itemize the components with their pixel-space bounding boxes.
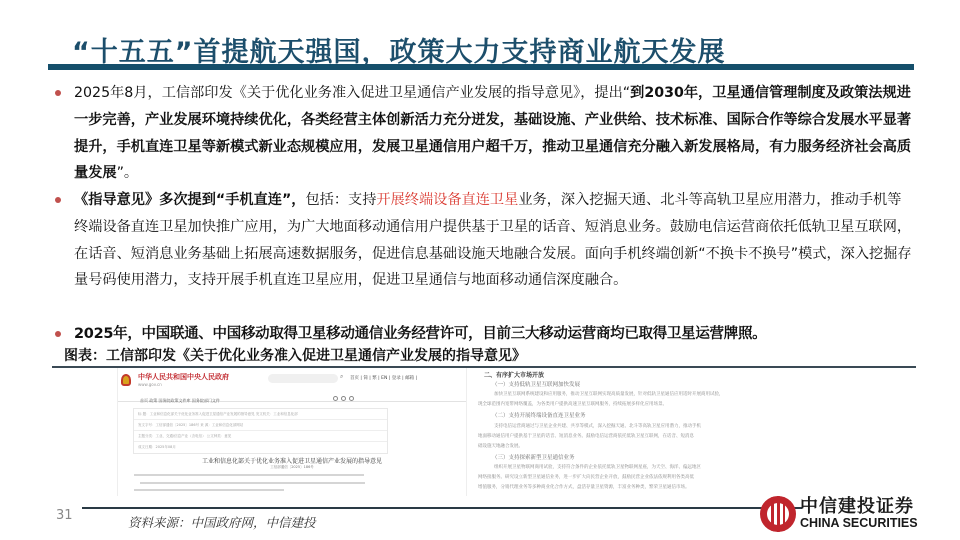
document-number: 工信部通信〔2025〕186号 [118, 465, 466, 470]
share-icon [333, 396, 338, 401]
document-text-line [134, 489, 284, 491]
gov-search-input [268, 374, 338, 383]
bullet-text: 2025年8月，工信部印发《关于优化业务准入促进卫星通信产业发展的指导意见》，提… [74, 85, 630, 101]
share-icon [341, 396, 346, 401]
gov-site-header: 中华人民共和国中央人民政府 www.gov.cn ⌕ 首页 | 简 | 繁 | … [118, 368, 466, 402]
gov-site-name: 中华人民共和国中央人民政府 [138, 372, 229, 382]
gov-website-screenshot: 中华人民共和国中央人民政府 www.gov.cn ⌕ 首页 | 简 | 繁 | … [117, 368, 467, 496]
bullet-bold-text: 2025年，中国联通、中国移动取得卫星移动通信业务经营许可，目前三大移动运营商均… [74, 326, 766, 342]
bullet-item-licenses: 2025年，中国联通、中国移动取得卫星移动通信业务经营许可，目前三大移动运营商均… [52, 321, 912, 348]
document-title: 工业和信息化部关于优化业务准入促进卫星通信产业发展的指导意见 [118, 456, 466, 465]
logo-english-name: CHINA SECURITIES [800, 516, 918, 530]
section-text-line: 网络接服务。研究设立新型卫星通信业务，进一步扩大向民营企业开放，鼓励民营企业依法… [478, 474, 694, 480]
national-emblem-icon [121, 374, 131, 386]
meta-row: 主题分类：工业、交通\信息产业（含电信） 公文种类：意见 [134, 431, 387, 442]
share-icon [349, 396, 354, 401]
bullet-bold-text: 《指导意见》多次提到“手机直连”， [74, 192, 305, 208]
bullet-text: ”。 [117, 165, 139, 181]
meta-row: 成文日期：2025年08月 [134, 442, 387, 453]
gov-menu: 首页 政策 国务院政策文件库 国务院部门文件 [140, 398, 220, 404]
bullet-highlight-text: 开展终端设备直连卫星 [376, 192, 518, 208]
footer-divider [82, 507, 802, 509]
gov-nav-links: 首页 | 简 | 繁 | EN | 登录 | 邮箱 | [350, 375, 417, 381]
figure-caption: 图表：工信部印发《关于优化业务准入促进卫星通信产业发展的指导意见》 [64, 345, 526, 365]
bullet-item-direct-connect: 《指导意见》多次提到“手机直连”，包括：支持开展终端设备直连卫星业务，深入挖掘天… [52, 187, 912, 321]
bullet-dot-icon [55, 90, 61, 96]
bullet-dot-icon [55, 197, 61, 203]
meta-row: 标 题：工业和信息化部关于优化业务准入促进卫星通信产业发展的指导意见 发文机关：… [134, 409, 387, 420]
subsection-heading: （二）支持开展终端设备直连卫星业务 [492, 411, 586, 419]
policy-text-screenshot: 二、有序扩大市场开放 （一）支持低轨卫星互联网加快发展 加快卫星互联网系统建设和… [478, 368, 770, 496]
search-icon: ⌕ [340, 373, 343, 381]
section-text-line: 增值服务，分销代理业务等多种商业化合作方式，盘活存量卫星资源，丰富业务种类，繁荣… [478, 484, 690, 490]
citic-logo-icon [760, 496, 796, 532]
title-divider [48, 64, 914, 70]
section-text-line: 组织开展卫星物联网商用试验，支持符合条件的企业依托低轨卫星物联网星座，为天空、海… [494, 464, 701, 470]
bullet-list: 2025年8月，工信部印发《关于优化业务准入促进卫星通信产业发展的指导意见》，提… [52, 80, 912, 348]
section-text-line: 地面移动通信用户提供基于卫星的话音、短消息业务。鼓励电信运营商依托低轨卫星互联网… [478, 433, 694, 439]
section-text-line: 现全球范围内宽带网络覆盖，为各类用户提供高速卫星互联网服务，持续拓展多样化应用场… [478, 401, 667, 407]
section-text-line: 础设施天地融合发展。 [478, 443, 523, 449]
document-text-line [134, 474, 364, 476]
gov-site-url: www.gov.cn [138, 382, 162, 387]
source-note: 资料来源：中国政府网，中信建投 [128, 513, 316, 531]
meta-row: 发文字号：工信部通信〔2025〕186号 来 源：工业和信息化部网站 [134, 420, 387, 431]
section-text-line: 加快卫星互联网系统建设和应用服务，推动卫星互联网实现高质量发展，针对低轨卫星通信… [494, 391, 724, 397]
logo-chinese-name: 中信建投证券 [800, 492, 914, 518]
document-text-line [140, 482, 365, 484]
china-securities-logo: 中信建投证券 CHINA SECURITIES [758, 492, 958, 540]
bullet-text: 包括：支持 [305, 192, 376, 208]
bullet-item-policy: 2025年8月，工信部印发《关于优化业务准入促进卫星通信产业发展的指导意见》，提… [52, 80, 912, 187]
bullet-dot-icon [55, 331, 61, 337]
subsection-heading: （三）支持探索新型卫星通信业务 [492, 453, 575, 461]
document-meta-table: 标 题：工业和信息化部关于优化业务准入促进卫星通信产业发展的指导意见 发文机关：… [133, 408, 388, 454]
section-text-line: 支持电信运营商通过与卫星企业共建、共享等模式，深入挖掘天通、北斗等高轨卫星应用潜… [494, 423, 701, 429]
share-icons [333, 396, 354, 401]
page-number: 31 [56, 508, 73, 523]
section-heading: 二、有序扩大市场开放 [484, 370, 544, 379]
subsection-heading: （一）支持低轨卫星互联网加快发展 [492, 380, 580, 388]
